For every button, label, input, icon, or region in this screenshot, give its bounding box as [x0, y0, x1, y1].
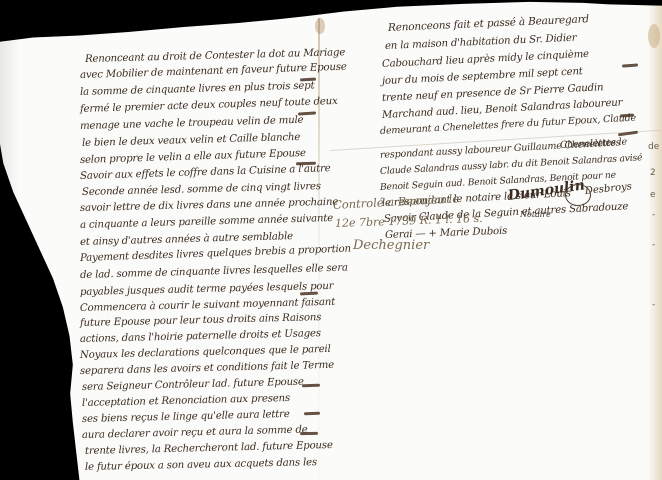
text-line: et ainsy d'autres années à autre semblab…	[80, 231, 293, 248]
margin-mark: 2	[650, 168, 656, 178]
margin-mark: -	[652, 300, 655, 310]
text-line: separera dans les avoirs et conditions f…	[80, 360, 334, 377]
text-line: sera Seigneur Contrôleur lad. future Epo…	[82, 377, 304, 393]
text-line: payables jusques audit terme payées lesq…	[80, 281, 334, 298]
margin-mark: -	[652, 210, 655, 220]
text-line: trente livres, la Rechercheront lad. fut…	[85, 440, 333, 457]
ink-flourish	[304, 412, 320, 416]
text-line: actions, dans l'hoirie paternelle droits…	[80, 328, 321, 345]
text-line: ses biens reçus le linge qu'elle aura le…	[82, 409, 290, 425]
margin-mark: de	[648, 142, 659, 152]
edge-stain	[648, 24, 660, 48]
text-line: la somme de cinquante livres en plus tro…	[80, 80, 315, 98]
text-line: Renonceons fait et passé à Beauregard	[388, 13, 589, 34]
ink-flourish	[300, 432, 318, 435]
text-line: savoir lettre de dix livres dans une ann…	[80, 197, 338, 214]
text-line: de lad. somme de cinquante livres lesque…	[80, 263, 348, 281]
margin-mark: -	[652, 240, 655, 250]
text-line: l'acceptation et Renonciation aux presen…	[82, 393, 290, 409]
text-line: a cinquante a leurs pareille somme année…	[80, 213, 333, 231]
text-line: Seconde année lesd. somme de cinq vingt …	[82, 181, 321, 198]
text-line: Commencera à courir le suivant moyennant…	[80, 297, 335, 314]
text-line: Savoir aux effets le coffre dans la Cuis…	[80, 163, 331, 182]
text-line: selon propre le velin a elle aux future …	[80, 148, 306, 166]
ink-flourish	[622, 63, 638, 67]
control-annotation-line: Controlé a Beaujeu le	[333, 191, 460, 212]
text-line: le futur époux a son aveu aux acquets da…	[85, 457, 317, 473]
ink-flourish	[300, 292, 318, 296]
fold-stain	[315, 18, 325, 34]
manuscript-scan: Renonceant au droit de Contester la dot …	[0, 0, 662, 480]
text-line: aura declarer avoir reçu et aura la somm…	[82, 424, 308, 441]
margin-mark: e	[650, 190, 656, 200]
left-edge-shadow	[0, 40, 20, 480]
text-line: le bien le deux veaux velin et Caille bl…	[82, 132, 300, 149]
text-line: Noyaux les declarations quelconques que …	[80, 344, 331, 361]
controller-signature: Dechegnier	[353, 238, 429, 253]
text-line: future Epouse pour leur tous droits ains…	[80, 312, 322, 329]
text-line: en la maison d'habitation du Sr. Didier	[385, 33, 577, 52]
witness-signature: Desbroys	[584, 181, 632, 197]
text-line: menage une vache le troupeau velin de mu…	[80, 115, 304, 132]
ink-flourish	[298, 111, 316, 115]
notary-title: Notaire	[520, 210, 551, 219]
ink-flourish	[302, 384, 320, 388]
paper-sheet: Renonceant au droit de Contester la dot …	[0, 0, 662, 480]
